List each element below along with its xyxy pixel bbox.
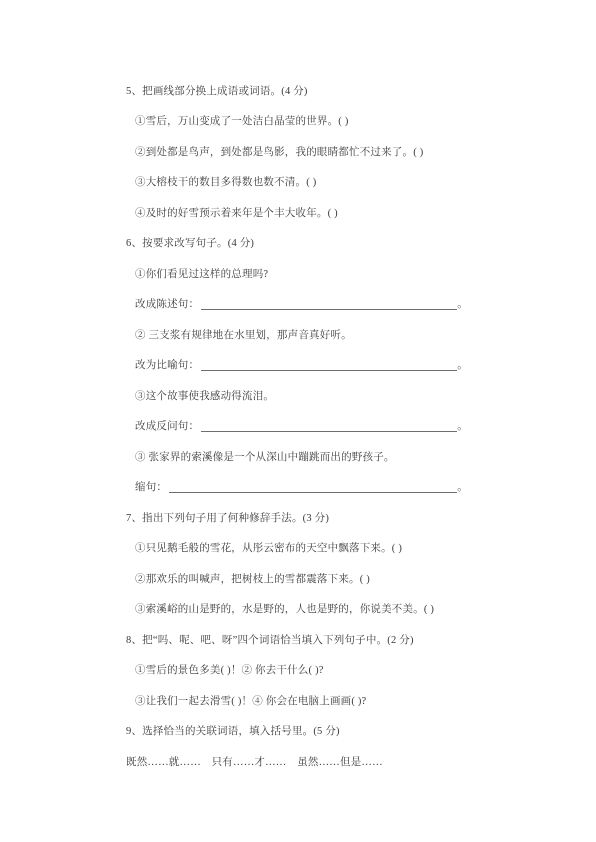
q5-item-3-text: ③大榕枝干的数目多得数也数不清。( ): [135, 174, 316, 189]
q5-item-2: ②到处都是鸟声，到处都是鸟影，我的眼睛都忙不过来了。( ): [0, 136, 596, 167]
exam-page: 5、把画线部分换上成语或词语。(4 分) ①雪后，万山变成了一处洁白晶莹的世界。…: [0, 0, 596, 842]
q5-item-1: ①雪后，万山变成了一处洁白晶莹的世界。( ): [0, 106, 596, 137]
q6-sentence-3: ③这个故事使我感动得流泪。: [0, 380, 596, 411]
answer-blank[interactable]: [201, 420, 457, 432]
answer-period: 。: [457, 296, 468, 311]
q6-sentence-3-text: ③这个故事使我感动得流泪。: [135, 388, 274, 403]
answer-label: 改为比喻句：: [135, 357, 199, 372]
answer-row: 改为比喻句： 。: [135, 357, 468, 372]
q8-item-2: ③让我们一起去滑雪( )！④ 你会在电脑上画画( )?: [0, 685, 596, 716]
question-5-heading-text: 5、把画线部分换上成语或词语。(4 分): [126, 83, 308, 98]
answer-period: 。: [457, 479, 468, 494]
answer-row: 改成反问句： 。: [135, 418, 468, 433]
q9-conjunction-options: 既然……就…… 只有……才…… 虽然……但是……: [0, 746, 596, 777]
question-8-heading: 8、把“吗、呢、吧、呀”四个词语恰当填入下列句子中。(2 分): [0, 624, 596, 655]
q6-sentence-2-text: ② 三支浆有规律地在水里划，那声音真好听。: [135, 327, 352, 342]
q8-item-2-text: ③让我们一起去滑雪( )！④ 你会在电脑上画画( )?: [135, 693, 366, 708]
exam-content: 5、把画线部分换上成语或词语。(4 分) ①雪后，万山变成了一处洁白晶莹的世界。…: [0, 0, 596, 777]
q6-sentence-2: ② 三支浆有规律地在水里划，那声音真好听。: [0, 319, 596, 350]
question-6-heading: 6、按要求改写句子。(4 分): [0, 228, 596, 259]
q8-item-1-text: ①雪后的景色多美( )！② 你去干什么( )?: [135, 662, 324, 677]
q9-conjunction-options-text: 既然……就…… 只有……才…… 虽然……但是……: [126, 754, 383, 769]
q6-rewrite-metaphor-row: 改为比喻句： 。: [0, 350, 596, 381]
question-9-heading-text: 9、选择恰当的关联词语，填入括号里。(5 分): [126, 723, 340, 738]
q5-item-2-text: ②到处都是鸟声，到处都是鸟影，我的眼睛都忙不过来了。( ): [135, 144, 423, 159]
q7-item-3: ③索溪峪的山是野的，水是野的，人也是野的，你说美不美。( ): [0, 594, 596, 625]
q7-item-1-text: ①只见鹅毛般的雪花，从彤云密布的天空中飘落下来。( ): [135, 540, 402, 555]
q7-item-2: ②那欢乐的叫喊声，把树枝上的雪都震落下来。( ): [0, 563, 596, 594]
answer-label: 改成反问句：: [135, 418, 199, 433]
question-6-heading-text: 6、按要求改写句子。(4 分): [126, 235, 254, 250]
question-7-heading-text: 7、指出下列句子用了何种修辞手法。(3 分): [126, 510, 329, 525]
answer-blank[interactable]: [201, 298, 457, 310]
q7-item-1: ①只见鹅毛般的雪花，从彤云密布的天空中飘落下来。( ): [0, 533, 596, 564]
q5-item-4-text: ④及时的好雪预示着来年是个丰大收年。( ): [135, 205, 338, 220]
question-5-heading: 5、把画线部分换上成语或词语。(4 分): [0, 75, 596, 106]
answer-period: 。: [457, 357, 468, 372]
question-9-heading: 9、选择恰当的关联词语，填入括号里。(5 分): [0, 716, 596, 747]
answer-row: 缩句： 。: [135, 479, 468, 494]
q6-sentence-4: ③ 张家界的索溪像是一个从深山中蹦跳而出的野孩子。: [0, 441, 596, 472]
q5-item-3: ③大榕枝干的数目多得数也数不清。( ): [0, 167, 596, 198]
q7-item-2-text: ②那欢乐的叫喊声，把树枝上的雪都震落下来。( ): [135, 571, 370, 586]
answer-period: 。: [457, 418, 468, 433]
answer-row: 改成陈述句： 。: [135, 296, 468, 311]
q6-sentence-1: ①你们看见过这样的总理吗?: [0, 258, 596, 289]
q7-item-3-text: ③索溪峪的山是野的，水是野的，人也是野的，你说美不美。( ): [135, 601, 434, 616]
q6-rewrite-rhetorical-row: 改成反问句： 。: [0, 411, 596, 442]
answer-label: 改成陈述句：: [135, 296, 199, 311]
q6-sentence-4-text: ③ 张家界的索溪像是一个从深山中蹦跳而出的野孩子。: [135, 449, 395, 464]
q5-item-1-text: ①雪后，万山变成了一处洁白晶莹的世界。( ): [135, 113, 349, 128]
q8-item-1: ①雪后的景色多美( )！② 你去干什么( )?: [0, 655, 596, 686]
question-8-heading-text: 8、把“吗、呢、吧、呀”四个词语恰当填入下列句子中。(2 分): [126, 632, 414, 647]
answer-blank[interactable]: [201, 359, 457, 371]
q6-shorten-sentence-row: 缩句： 。: [0, 472, 596, 503]
q5-item-4: ④及时的好雪预示着来年是个丰大收年。( ): [0, 197, 596, 228]
answer-blank[interactable]: [169, 481, 457, 493]
question-7-heading: 7、指出下列句子用了何种修辞手法。(3 分): [0, 502, 596, 533]
q6-sentence-1-text: ①你们看见过这样的总理吗?: [135, 266, 268, 281]
answer-label: 缩句：: [135, 479, 167, 494]
q6-rewrite-declarative-row: 改成陈述句： 。: [0, 289, 596, 320]
